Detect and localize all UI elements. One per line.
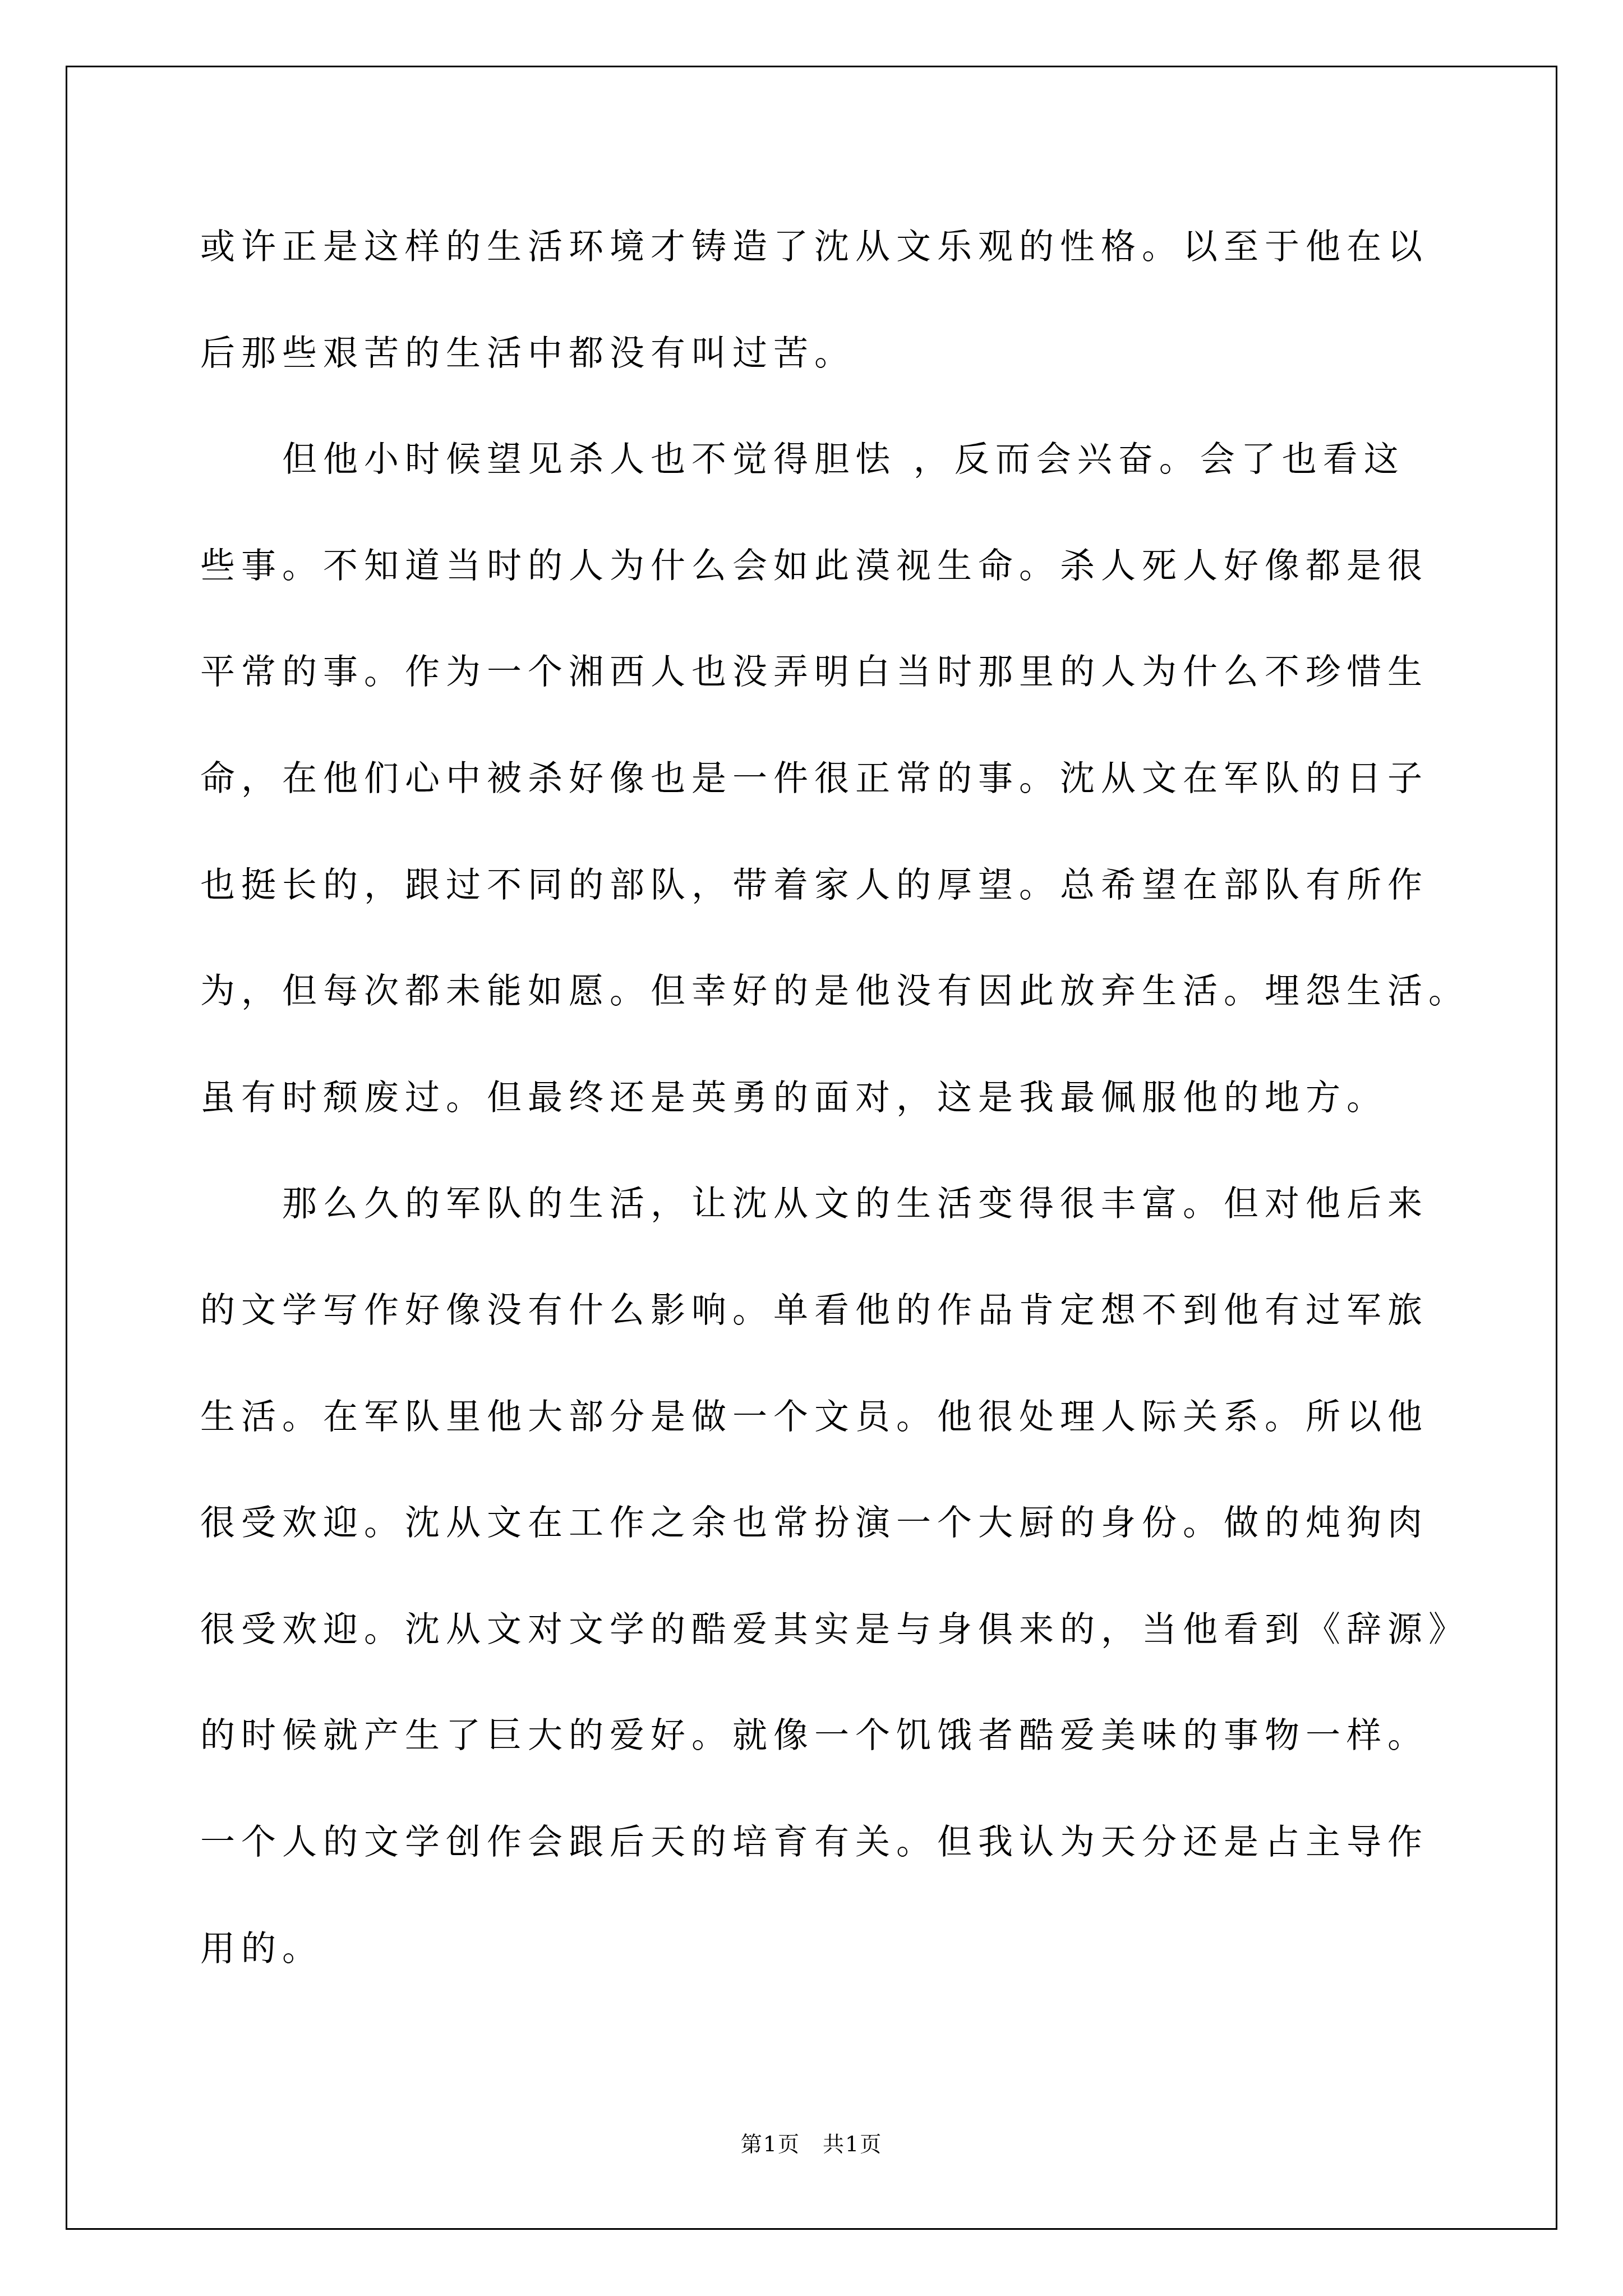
text-line: 后那些艰苦的生活中都没有叫过苦。 [200,333,1434,440]
text-line: 很受欢迎。沈从文对文学的酷爱其实是与身俱来的，当他看到《辞源》 [200,1609,1434,1716]
text-line: 虽有时颓废过。但最终还是英勇的面对，这是我最佩服他的地方。 [200,1078,1434,1184]
text-line: 平常的事。作为一个湘西人也没弄明白当时那里的人为什么不珍惜生 [200,652,1434,758]
text-line: 生活。在军队里他大部分是做一个文员。他很处理人际关系。所以他 [200,1397,1434,1503]
text-line-paragraph-start: 但他小时候望见杀人也不觉得胆怯 ，反而会兴奋。会了也看这 [200,439,1434,546]
text-line: 用的。 [200,1929,1434,2035]
text-line: 命，在他们心中被杀好像也是一件很正常的事。沈从文在军队的日子 [200,758,1434,865]
page-number-footer: 第1页 共1页 [0,2132,1623,2156]
text-line: 为，但每次都未能如愿。但幸好的是他没有因此放弃生活。埋怨生活。 [200,971,1434,1078]
text-line: 的时候就产生了巨大的爱好。就像一个饥饿者酷爱美味的事物一样。 [200,1715,1434,1822]
text-line-paragraph-start: 那么久的军队的生活，让沈从文的生活变得很丰富。但对他后来 [200,1184,1434,1290]
text-line: 或许正是这样的生活环境才铸造了沈从文乐观的性格。以至于他在以 [200,227,1434,333]
text-line: 也挺长的，跟过不同的部队，带着家人的厚望。总希望在部队有所作 [200,865,1434,972]
text-line: 很受欢迎。沈从文在工作之余也常扮演一个大厨的身份。做的炖狗肉 [200,1503,1434,1609]
document-body: 或许正是这样的生活环境才铸造了沈从文乐观的性格。以至于他在以 后那些艰苦的生活中… [200,227,1434,2035]
text-line: 一个人的文学创作会跟后天的培育有关。但我认为天分还是占主导作 [200,1822,1434,1929]
text-line: 些事。不知道当时的人为什么会如此漠视生命。杀人死人好像都是很 [200,546,1434,652]
text-line: 的文学写作好像没有什么影响。单看他的作品肯定想不到他有过军旅 [200,1290,1434,1397]
